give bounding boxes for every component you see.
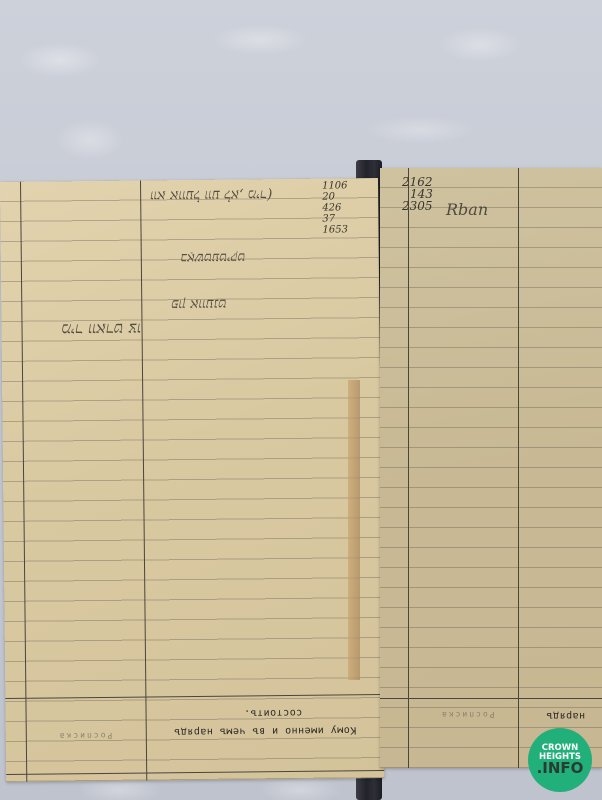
handwritten-line: (ווא אוועל ווע לא, מיר <box>150 185 272 203</box>
ledger-numbers: 2162 143 2305 <box>402 176 433 212</box>
printed-header-fragment: нарядъ <box>546 710 585 721</box>
printed-column-header-cont: состоитъ. <box>244 707 303 719</box>
footer-rule <box>380 698 602 699</box>
number: 1653 <box>322 224 348 235</box>
number: 20 <box>322 191 348 202</box>
crownheights-watermark-logo: CROWN HEIGHTS .INFO <box>528 728 592 792</box>
right-ledger-page: 2162 143 2305 Rban Росписка нарядъ <box>380 168 602 768</box>
faint-column-label: Росписка <box>440 710 495 719</box>
handwritten-line: פון אווענט <box>171 295 227 313</box>
handwritten-word: Rban <box>446 200 488 219</box>
ruled-lines <box>0 178 384 782</box>
number: 1106 <box>322 180 348 191</box>
number: 426 <box>322 202 348 213</box>
number: 37 <box>322 213 348 224</box>
handwritten-line: מיר ווארט צו <box>61 319 141 340</box>
left-ledger-page: 1106 20 426 37 1653 (ווא אוועל ווע לא, מ… <box>0 178 384 782</box>
faint-column-label: Росписка <box>58 731 113 741</box>
handwritten-line: באַשטעטיקט <box>181 249 246 266</box>
column-line <box>518 168 519 768</box>
printed-column-header: Кому именно и въ чемъ нарядъ <box>174 724 357 737</box>
ruled-lines <box>380 168 602 768</box>
number: 2305 <box>402 200 433 212</box>
margin-numbers: 1106 20 426 37 1653 <box>322 180 348 235</box>
torn-page-edge <box>348 380 360 680</box>
logo-text-line3: .INFO <box>537 761 584 776</box>
margin-line <box>408 168 409 768</box>
